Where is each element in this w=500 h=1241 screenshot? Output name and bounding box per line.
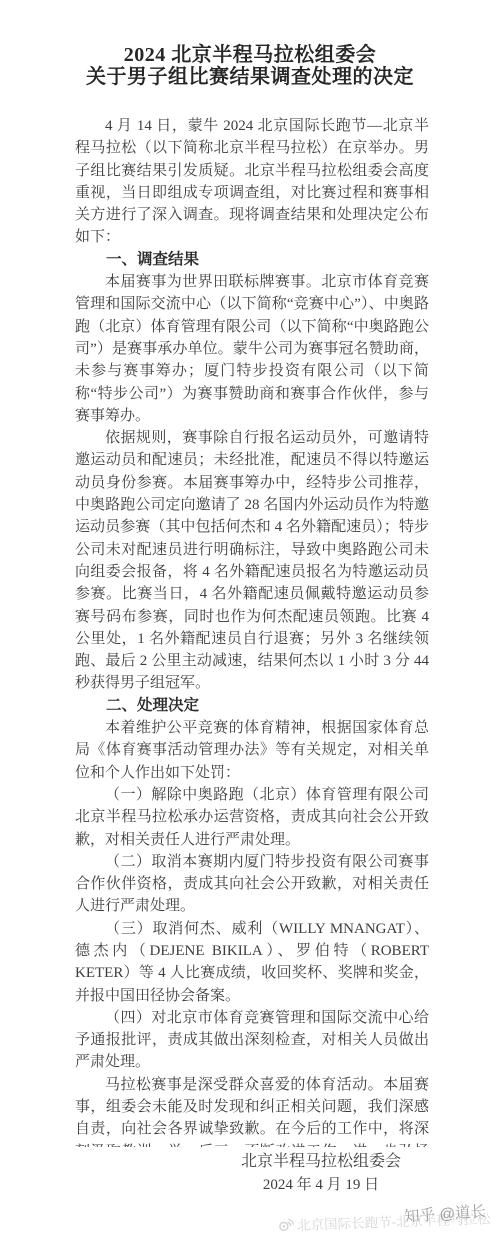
document-page: { "document": { "title_line1": "2024 北京半… [0, 0, 500, 1241]
paragraph-penalty-4: （四）对北京市体育竞赛管理和国际交流中心给予通报批评，责成其做出深刻检查，对相关… [75, 1007, 429, 1074]
signature-block: 北京半程马拉松组委会 2024 年 4 月 19 日 [240, 1150, 402, 1197]
paragraph-investigation-details: 依据规则，赛事除自行报名运动员外，可邀请特邀运动员和配速员；未经批准，配速员不得… [75, 427, 429, 695]
paragraph-penalty-1: （一）解除中奥路跑（北京）体育管理有限公司北京半程马拉松承办运营资格，责成其向社… [75, 784, 429, 851]
paragraph-intro: 4 月 14 日，蒙牛 2024 北京国际长跑节—北京半程马拉松（以下简称北京半… [75, 115, 429, 249]
paragraph-decision-basis: 本着维护公平竞赛的体育精神，根据国家体育总局《体育赛事活动管理办法》等有关规定，… [75, 717, 429, 784]
signature-committee: 北京半程马拉松组委会 [240, 1150, 402, 1173]
paragraph-apology: 马拉松赛事是深受群众喜爱的体育活动。本届赛事，组委会未能及时发现和纠正相关问题，… [75, 1074, 429, 1147]
document-body: 4 月 14 日，蒙牛 2024 北京国际长跑节—北京半程马拉松（以下简称北京半… [75, 115, 429, 1147]
section-heading-investigation: 一、调查结果 [75, 249, 429, 271]
signature-date: 2024 年 4 月 19 日 [240, 1173, 402, 1197]
document-title-line-1: 2024 北京半程马拉松组委会 [0, 44, 500, 66]
weibo-logo-icon [277, 1217, 295, 1233]
section-heading-decision: 二、处理决定 [75, 695, 429, 717]
document-title: 2024 北京半程马拉松组委会 关于男子组比赛结果调查处理的决定 [0, 44, 500, 88]
paragraph-penalty-3: （三）取消何杰、威利（WILLY MNANGAT）、德杰内（DEJENE BIK… [75, 918, 429, 1007]
document-title-line-2: 关于男子组比赛结果调查处理的决定 [0, 66, 500, 88]
paragraph-investigation-parties: 本届赛事为世界田联标牌赛事。北京市体育竞赛管理和国际交流中心（以下简称“竞赛中心… [75, 271, 429, 427]
paragraph-penalty-2: （二）取消本赛期内厦门特步投资有限公司赛事合作伙伴资格，责成其向社会公开致歉，对… [75, 851, 429, 918]
